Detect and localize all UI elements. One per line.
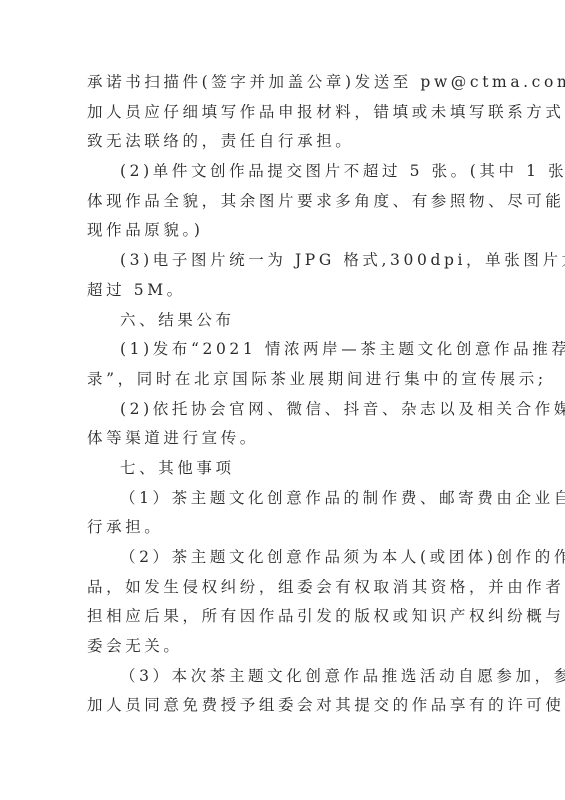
list-item-image-format: (3)电子图片统一为 JPG 格式,300dpi，单张图片大小不	[87, 246, 479, 276]
paragraph-line: 录”，同时在北京国际茶业展期间进行集中的宣传展示;	[87, 365, 479, 395]
section-heading-results: 六、结果公布	[87, 306, 479, 336]
list-item-originality: （2）茶主题文化创意作品须为本人(或团体)创作的作	[87, 543, 479, 573]
list-item-voluntary: （3）本次茶主题文化创意作品推选活动自愿参加，参	[87, 662, 479, 692]
paragraph-line: 加人员同意免费授予组委会对其提交的作品享有的许可使	[87, 691, 479, 721]
paragraph-line: 担相应后果，所有因作品引发的版权或知识产权纠纷概与组	[87, 602, 479, 632]
list-item-publish-list: (1)发布“2021 情浓两岸—茶主题文化创意作品推荐名	[87, 335, 479, 365]
paragraph-line: 超过 5M。	[87, 276, 479, 306]
section-heading-other: 七、其他事项	[87, 454, 479, 484]
document-page: 承诺书扫描件(签字并加盖公章)发送至 pw@ctma.com.cn，参 加人员应…	[87, 68, 479, 721]
paragraph-line: 行承担。	[87, 513, 479, 543]
list-item-image-count: (2)单件文创作品提交图片不超过 5 张。(其中 1 张图片	[87, 157, 479, 187]
paragraph-line: 加人员应仔细填写作品申报材料，错填或未填写联系方式导	[87, 98, 479, 128]
paragraph-line-submission-email: 承诺书扫描件(签字并加盖公章)发送至 pw@ctma.com.cn，参	[87, 68, 479, 98]
paragraph-line: 委会无关。	[87, 632, 479, 662]
paragraph-line: 现作品原貌。)	[87, 216, 479, 246]
paragraph-line: 体等渠道进行宣传。	[87, 424, 479, 454]
paragraph-line: 体现作品全貌，其余图片要求多角度、有参照物、尽可能体	[87, 187, 479, 217]
paragraph-line: 致无法联络的，责任自行承担。	[87, 127, 479, 157]
list-item-media-promotion: (2)依托协会官网、微信、抖音、杂志以及相关合作媒	[87, 395, 479, 425]
list-item-costs: （1）茶主题文化创意作品的制作费、邮寄费由企业自	[87, 484, 479, 514]
paragraph-line: 品，如发生侵权纠纷，组委会有权取消其资格，并由作者承	[87, 573, 479, 603]
